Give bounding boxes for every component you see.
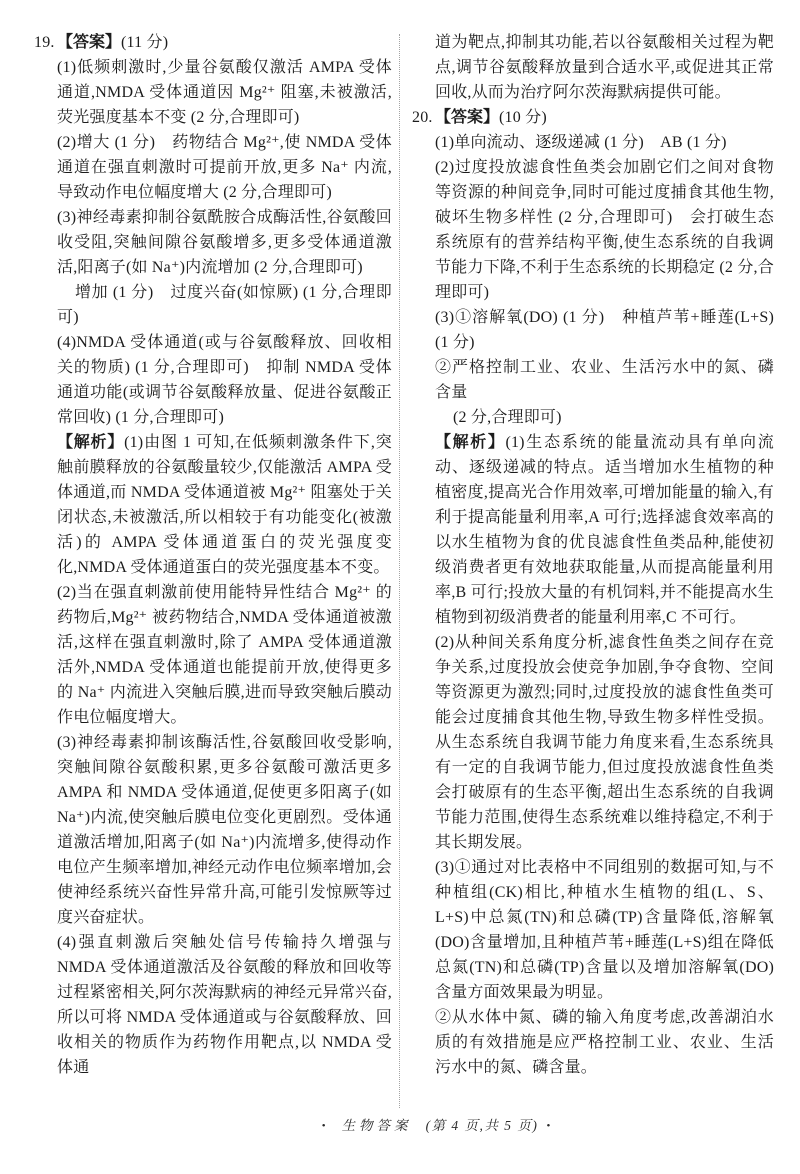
page-footer: •生物答案(第 4 页,共 5 页)• [72, 1114, 800, 1134]
answer-paragraph: (4)NMDA 受体通道(或与谷氨酸释放、回收相关的物质) (1 分,合理即可)… [34, 330, 392, 430]
answer-paragraph: ②从水体中氮、磷的输入角度考虑,改善湖泊水质的有效措施是应严格控制工业、农业、生… [412, 1005, 774, 1080]
section-label: 【答案】 [435, 109, 499, 126]
right-text-column: 道为靶点,抑制其功能,若以谷氨酸相关过程为靶点,调节谷氨酸释放量到合适水平,或促… [412, 30, 774, 1080]
answer-paragraph: 【解析】(1)生态系统的能量流动具有单向流动、逐级递减的特点。适当增加水生植物的… [412, 430, 774, 630]
answer-sheet-page: { "document": { "subject_footer": { "lef… [0, 0, 800, 1174]
answer-paragraph: 增加 (1 分) 过度兴奋(如惊厥) (1 分,合理即可) [34, 280, 392, 330]
footer-right-dot-icon: • [546, 1120, 550, 1132]
document-page: 19.【答案】(11 分)(1)低频刺激时,少量谷氨酸仅激活 AMPA 受体通道… [0, 0, 800, 1174]
answer-paragraph: (3)①溶解氧(DO) (1 分) 种植芦苇+睡莲(L+S) (1 分) [412, 305, 774, 355]
footer-subject-title: 生物答案 [342, 1118, 412, 1133]
answer-paragraph: (2)从种间关系角度分析,滤食性鱼类之间存在竞争关系,过度投放会使竞争加剧,争夺… [412, 630, 774, 855]
column-divider [399, 34, 400, 1108]
answer-paragraph: 【解析】(1)由图 1 可知,在低频刺激条件下,突触前膜释放的谷氨酸量较少,仅能… [34, 430, 392, 580]
answer-paragraph: (2)当在强直刺激前使用能特异性结合 Mg²⁺ 的药物后,Mg²⁺ 被药物结合,… [34, 580, 392, 730]
question-header: 19.【答案】(11 分) [34, 30, 392, 55]
answer-paragraph: (3)神经毒素抑制该酶活性,谷氨酸回收受影响,突触间隙谷氨酸积累,更多谷氨酸可激… [34, 730, 392, 930]
answer-paragraph: (4)强直刺激后突触处信号传输持久增强与 NMDA 受体通道激活及谷氨酸的释放和… [34, 930, 392, 1080]
footer-left-dot-icon: • [322, 1120, 326, 1132]
answer-paragraph: (3)①通过对比表格中不同组别的数据可知,与不种植组(CK)相比,种植水生植物的… [412, 855, 774, 1005]
answer-paragraph: (2)过度投放滤食性鱼类会加剧它们之间对食物等资源的种间竞争,同时可能过度捕食其… [412, 155, 774, 305]
answer-paragraph: (1)单向流动、逐级递减 (1 分) AB (1 分) [412, 130, 774, 155]
answer-paragraph: (2)增大 (1 分) 药物结合 Mg²⁺,使 NMDA 受体通道在强直刺激时可… [34, 130, 392, 205]
question-header: 20.【答案】(10 分) [412, 105, 774, 130]
answer-paragraph: (1)低频刺激时,少量谷氨酸仅激活 AMPA 受体通道,NMDA 受体通道因 M… [34, 55, 392, 130]
footer-page-number: (第 4 页,共 5 页) [426, 1118, 539, 1133]
section-label: 【解析】 [435, 434, 505, 451]
question-number: 19. [34, 30, 57, 55]
left-text-column: 19.【答案】(11 分)(1)低频刺激时,少量谷氨酸仅激活 AMPA 受体通道… [34, 30, 392, 1080]
section-label: 【解析】 [57, 434, 124, 451]
answer-paragraph: ②严格控制工业、农业、生活污水中的氮、磷含量 [412, 355, 774, 405]
answer-paragraph: (2 分,合理即可) [412, 405, 774, 430]
answer-paragraph: 道为靶点,抑制其功能,若以谷氨酸相关过程为靶点,调节谷氨酸释放量到合适水平,或促… [412, 30, 774, 105]
answer-paragraph: (3)神经毒素抑制谷氨酰胺合成酶活性,谷氨酸回收受阻,突触间隙谷氨酸增多,更多受… [34, 205, 392, 280]
section-label: 【答案】 [57, 34, 121, 51]
question-number: 20. [412, 105, 435, 130]
